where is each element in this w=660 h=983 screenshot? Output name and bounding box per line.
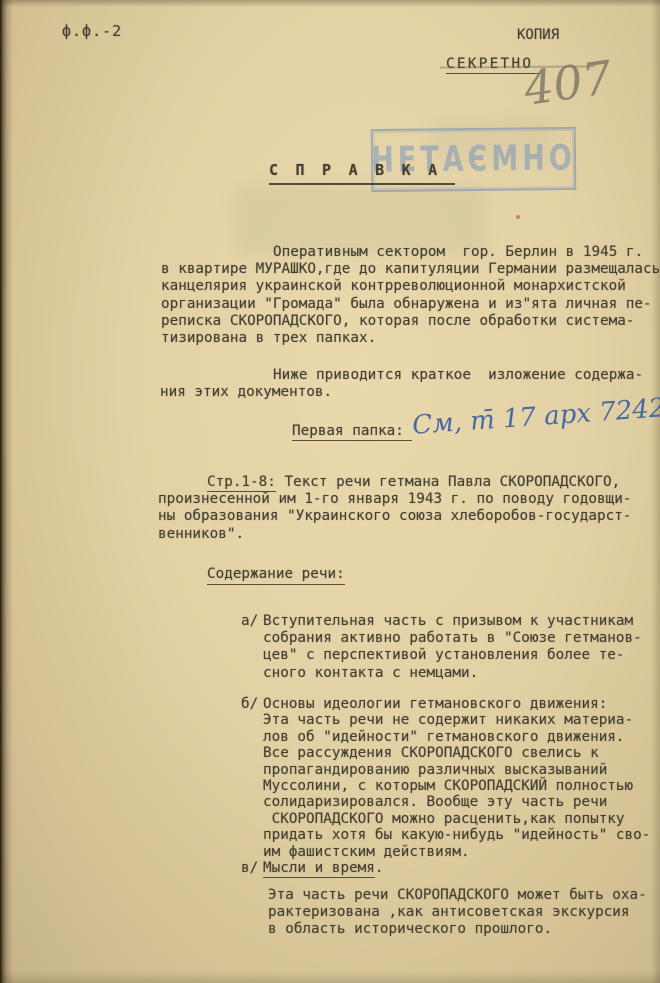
text-line: в область исторического прошлого. [268, 921, 660, 938]
text-line: Вступительная часть с призывом к участни… [263, 613, 660, 630]
red-speck [516, 215, 520, 219]
page-title: СПРАВКА [269, 161, 455, 185]
text-line: Стр.1-8: Текст речи гетмана Павла СКОРОП… [158, 474, 660, 491]
item-marker: в/ [241, 860, 258, 877]
document-page: ф.ф.-2 КОПИЯ СЕКРЕТНО 407 НЕТАЄМНО СПРАВ… [0, 0, 660, 983]
text-line: лов об "идейности" гетмановского движени… [263, 729, 660, 745]
text-line: цев" с перспективой установления более т… [263, 647, 660, 664]
item-v-heading: Мысли и время [263, 860, 375, 878]
item-marker: а/ [241, 613, 258, 630]
text-span: Текст речи гетмана Павла СКОРОПАДСКОГО, [276, 474, 620, 490]
item-marker: б/ [241, 696, 258, 712]
item-v-heading-period: . [375, 860, 384, 876]
text-line: рактеризована ,как антисоветская экскурс… [268, 904, 660, 921]
text-line: венников". [158, 526, 660, 543]
copy-label: КОПИЯ [517, 27, 559, 43]
text-line: Эта часть речи СКОРОПАДСКОГО может быть … [268, 887, 660, 904]
text-line: реписка СКОРОПАДСКОГО, которая после обр… [161, 313, 660, 330]
folder-heading: Первая папка: [292, 423, 412, 441]
list-item-a: а/ Вступительная часть с призывом к учас… [263, 613, 660, 682]
text-line: канцелярия украинской контрреволюционной… [161, 278, 660, 295]
text-line: придать хотя бы какую-нибудь "идейность"… [263, 827, 660, 843]
text-line: им фашистским действиям. [263, 844, 660, 860]
text-line: пропагандированию различных высказываний [263, 762, 660, 778]
list-item-b: б/ Основы идеологии гетмановского движен… [263, 696, 660, 860]
text-line: произнесенной им 1-го января 1943 г. по … [158, 491, 660, 508]
list-item-v-title: в/ Мысли и время. [263, 860, 384, 877]
text-line: СКОРОПАДСКОГО можно расценить,как попытк… [263, 811, 660, 827]
contents-heading: Содержание речи: [207, 566, 345, 585]
pages-ref: Стр.1-8: [207, 474, 276, 492]
text-line: сного контакта с немцами. [263, 665, 660, 682]
text-line: тизирована в трех папках. [161, 330, 660, 347]
text-line: собрания активно работать в "Союзе гетма… [263, 630, 660, 647]
text-line: Все рассуждения СКОРОПАДСКОГО свелись к [263, 745, 660, 761]
text-line: в квартире МУРАШКО,где до капитуляции Ге… [161, 261, 660, 278]
paragraph-summary-intro: Ниже приводится краткое изложение содерж… [160, 367, 660, 401]
pencil-page-number: 407 [521, 50, 615, 116]
list-item-v-text: Эта часть речи СКОРОПАДСКОГО может быть … [268, 887, 660, 939]
text-line: ны образования "Украинского союза хлебор… [158, 508, 660, 525]
text-line: организации "Громада" была обнаружена и … [161, 296, 660, 313]
fond-mark: ф.ф.-2 [62, 22, 122, 40]
paragraph-pages-1-8: Стр.1-8: Текст речи гетмана Павла СКОРОП… [158, 474, 660, 543]
text-line: Муссолини, с которым СКОРОПАДСКИЙ полнос… [263, 778, 660, 794]
text-line: Ниже приводится краткое изложение содерж… [160, 367, 660, 384]
paragraph-discovery: Оперативным сектором гор. Берлин в 1945 … [161, 244, 660, 347]
text-line: солидаризировался. Вообще эту часть речи [263, 794, 660, 810]
text-line: Эта часть речи не содержит никаких матер… [263, 712, 660, 728]
text-line: Оперативным сектором гор. Берлин в 1945 … [161, 244, 660, 261]
text-line: Основы идеологии гетмановского движения: [263, 696, 660, 712]
